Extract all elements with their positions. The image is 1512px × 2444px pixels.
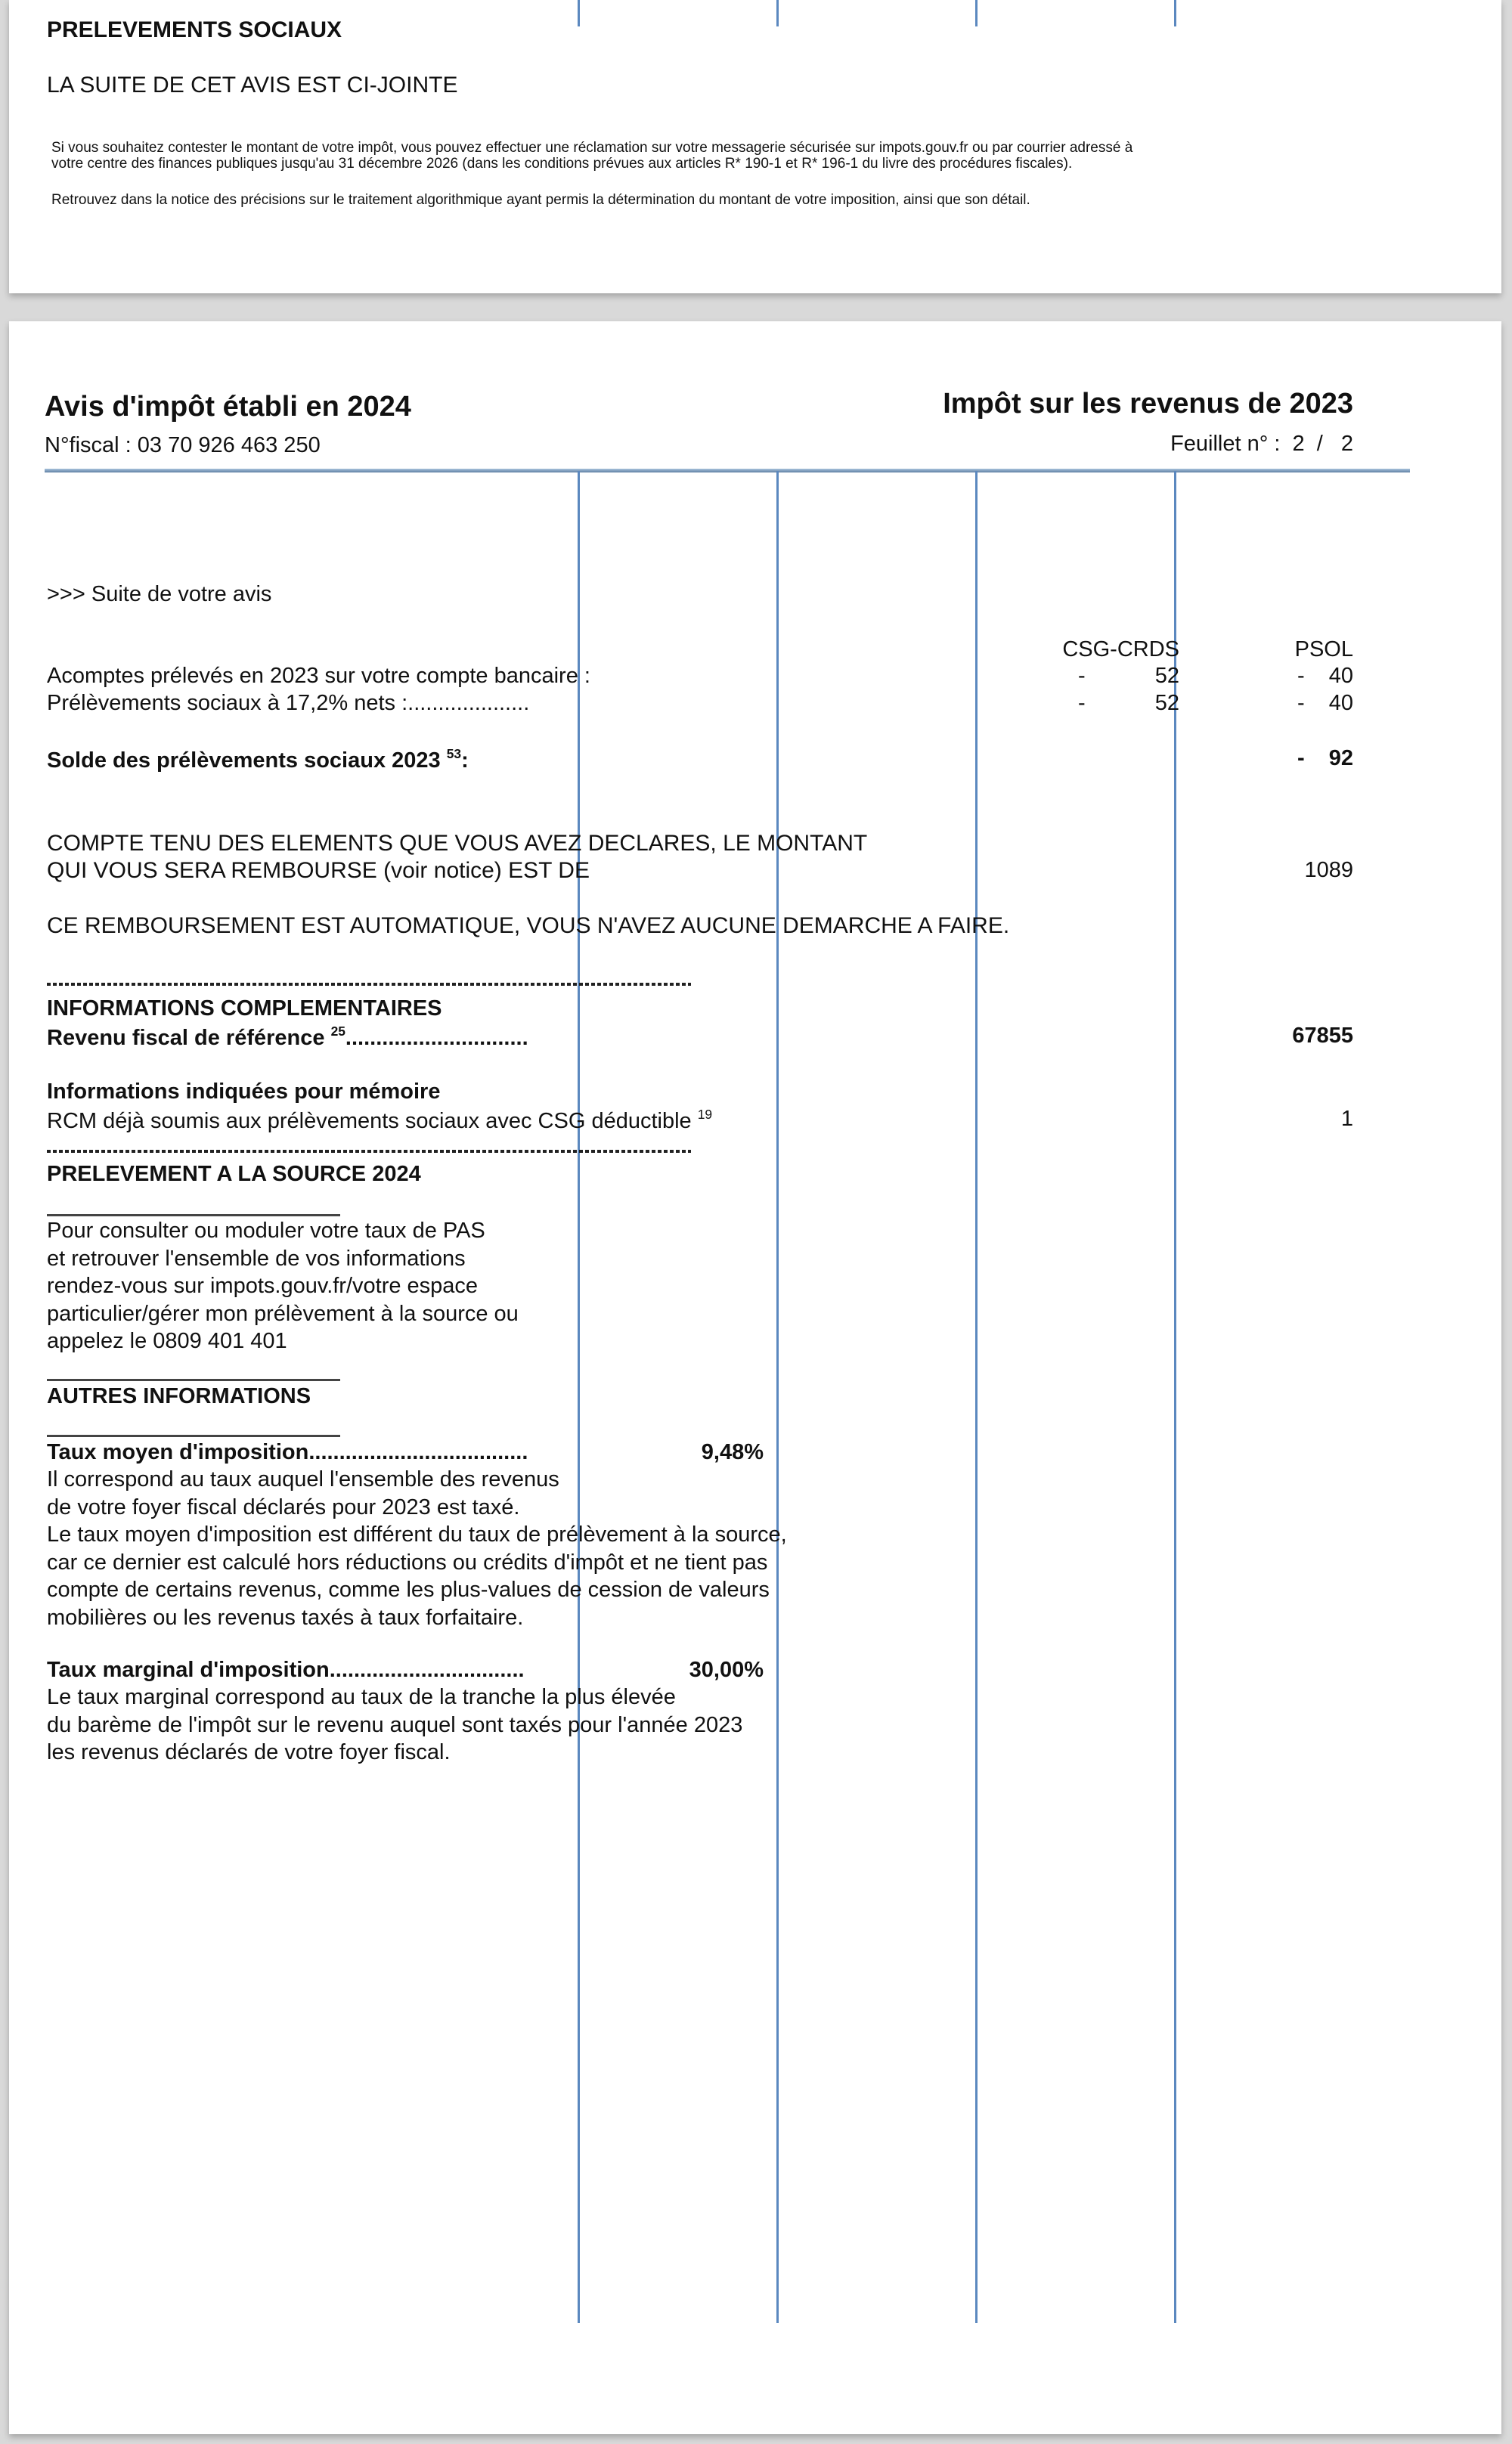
rfr-value: 67855 (1292, 1025, 1353, 1047)
column-rule (975, 0, 978, 26)
rfr-label: Revenu fiscal de référence 25...........… (47, 1025, 528, 1049)
footnote-ref: 25 (331, 1024, 345, 1039)
sheet-current: 2 (1293, 432, 1305, 456)
fiscal-number-value: 03 70 926 463 250 (138, 433, 321, 457)
section-rule (47, 1214, 340, 1216)
row-value-csg: 52 (1155, 692, 1179, 714)
pas-info-line: et retrouver l'ensemble de vos informati… (47, 1248, 466, 1270)
section-title-prelevements: PRELEVEMENTS SOCIAUX (47, 19, 342, 42)
column-rule (776, 0, 779, 26)
contest-info-line-2: votre centre des finances publiques jusq… (51, 156, 1072, 171)
rcm-label-text: RCM déjà soumis aux prélèvements sociaux… (47, 1109, 692, 1133)
refund-automatic-note: CE REMBOURSEMENT EST AUTOMATIQUE, VOUS N… (47, 915, 1009, 937)
fiscal-number-label: N°fiscal : (45, 433, 132, 457)
marginal-rate-explanation-line: Le taux marginal correspond au taux de l… (47, 1687, 676, 1708)
row-sign-psol: - (1297, 665, 1305, 687)
continuation-note: LA SUITE DE CET AVIS EST CI-JOINTE (47, 74, 457, 97)
row-label-prelevements: Prélèvements sociaux à 17,2% nets :.....… (47, 692, 529, 714)
section-rule (47, 1379, 340, 1381)
section-rule (47, 1435, 340, 1437)
rcm-label: RCM déjà soumis aux prélèvements sociaux… (47, 1108, 712, 1132)
avg-rate-explanation-line: car ce dernier est calculé hors réductio… (47, 1552, 767, 1574)
pas-info-line: particulier/gérer mon prélèvement à la s… (47, 1303, 519, 1325)
column-rule (975, 471, 978, 2323)
continuation-label: >>> Suite de votre avis (47, 584, 271, 606)
column-header-psol: PSOL (1295, 639, 1353, 661)
page-2: Avis d'impôt établi en 2024 Impôt sur le… (9, 321, 1501, 2434)
algorithm-notice: Retrouvez dans la notice des précisions … (51, 193, 1030, 207)
footnote-ref: 19 (698, 1107, 712, 1122)
column-rule (1174, 471, 1176, 2323)
rfr-label-text: Revenu fiscal de référence (47, 1026, 325, 1050)
contest-info-line-1: Si vous souhaitez contester le montant d… (51, 141, 1132, 155)
row-sign-csg: - (1078, 665, 1086, 687)
sheet-number: Feuillet n° : 2 / 2 (1170, 433, 1353, 455)
page-1: PRELEVEMENTS SOCIAUX LA SUITE DE CET AVI… (9, 0, 1501, 293)
income-year-title: Impôt sur les revenus de 2023 (943, 389, 1353, 418)
avg-rate-label: Taux moyen d'imposition.................… (47, 1442, 528, 1464)
row-value-psol: 40 (1329, 665, 1353, 687)
balance-sign: - (1297, 748, 1305, 770)
footnote-ref: 53 (447, 746, 461, 761)
avg-rate-value: 9,48% (702, 1442, 764, 1464)
marginal-rate-label: Taux marginal d'imposition..............… (47, 1659, 525, 1681)
notice-title: Avis d'impôt établi en 2024 (45, 392, 411, 421)
avg-rate-explanation-line: Le taux moyen d'imposition est différent… (47, 1524, 787, 1546)
complementary-title: INFORMATIONS COMPLEMENTAIRES (47, 998, 442, 1020)
refund-line-1: COMPTE TENU DES ELEMENTS QUE VOUS AVEZ D… (47, 832, 867, 855)
balance-label-text: Solde des prélèvements sociaux 2023 (47, 748, 441, 773)
row-value-csg: 52 (1155, 665, 1179, 687)
marginal-rate-explanation-line: du barème de l'impôt sur le revenu auque… (47, 1715, 742, 1736)
row-sign-psol: - (1297, 692, 1305, 714)
other-info-title: AUTRES INFORMATIONS (47, 1386, 311, 1408)
avg-rate-explanation-line: Il correspond au taux auquel l'ensemble … (47, 1469, 559, 1491)
balance-value: 92 (1329, 748, 1353, 770)
sheet-total: 2 (1341, 432, 1353, 456)
memo-title: Informations indiquées pour mémoire (47, 1081, 440, 1103)
avg-rate-explanation-line: mobilières ou les revenus taxés à taux f… (47, 1607, 523, 1629)
column-header-csg-crds: CSG-CRDS (1062, 639, 1179, 661)
column-rule (578, 0, 580, 26)
marginal-rate-explanation-line: les revenus déclarés de votre foyer fisc… (47, 1742, 451, 1764)
avg-rate-explanation-line: de votre foyer fiscal déclarés pour 2023… (47, 1497, 519, 1519)
sheet-label: Feuillet n° : (1170, 432, 1280, 456)
rfr-dots: .............................. (345, 1026, 528, 1050)
row-label-acomptes: Acomptes prélevés en 2023 sur votre comp… (47, 665, 590, 687)
fiscal-number: N°fiscal : 03 70 926 463 250 (45, 435, 321, 457)
pas-info-line: appelez le 0809 401 401 (47, 1330, 287, 1352)
pas-info-line: rendez-vous sur impots.gouv.fr/votre esp… (47, 1275, 478, 1297)
pas-info-line: Pour consulter ou moduler votre taux de … (47, 1220, 485, 1242)
dashed-separator (47, 983, 691, 986)
balance-label-suffix: : (461, 748, 469, 773)
marginal-rate-value: 30,00% (689, 1659, 764, 1681)
refund-amount: 1089 (1304, 860, 1353, 881)
column-rule (578, 471, 580, 2323)
pas-title: PRELEVEMENT A LA SOURCE 2024 (47, 1163, 421, 1185)
rcm-value: 1 (1341, 1108, 1353, 1130)
column-rule (1174, 0, 1176, 26)
row-sign-csg: - (1078, 692, 1086, 714)
row-value-psol: 40 (1329, 692, 1353, 714)
header-rule (45, 469, 1410, 472)
refund-line-2: QUI VOUS SERA REMBOURSE (voir notice) ES… (47, 860, 590, 882)
dashed-separator (47, 1150, 691, 1153)
sheet-separator: / (1317, 432, 1323, 456)
avg-rate-explanation-line: compte de certains revenus, comme les pl… (47, 1579, 770, 1601)
column-rule (776, 471, 779, 2323)
balance-label: Solde des prélèvements sociaux 2023 53: (47, 748, 469, 772)
